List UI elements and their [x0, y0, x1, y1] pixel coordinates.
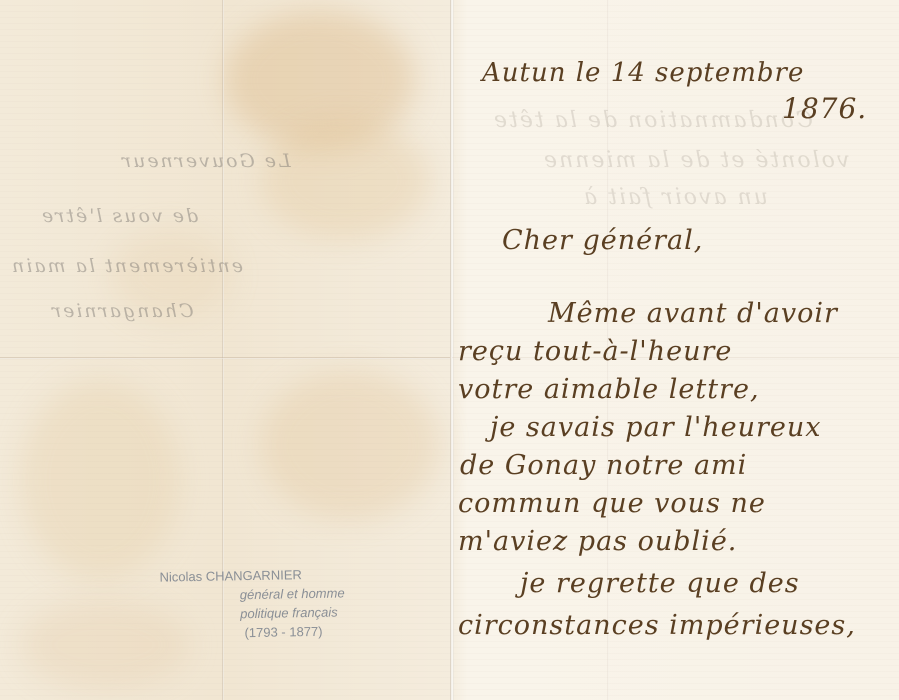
letter-line: circonstances impérieuses, — [458, 610, 856, 641]
stain — [20, 380, 180, 580]
horizontal-fold — [0, 357, 450, 359]
letter-line: commun que vous ne — [458, 488, 766, 519]
letter-line: je savais par l'heureux — [490, 412, 822, 443]
pencil-annotation: Nicolas CHANGARNIER général et homme pol… — [159, 564, 345, 643]
salutation: Cher général, — [502, 225, 703, 256]
letter-date: Autun le 14 septembre — [482, 58, 804, 88]
bleed-through-line: entièrement la main — [10, 255, 243, 277]
stain — [260, 370, 440, 520]
bleed-through-line: un avoir fait à — [582, 185, 768, 210]
stain — [260, 120, 430, 240]
stain — [225, 10, 415, 150]
right-page: Condamnation de la tête volonté et de la… — [452, 0, 899, 700]
annotation-dates: (1793 - 1877) — [160, 621, 345, 643]
letter-line: m'aviez pas oublié. — [458, 526, 737, 557]
letter-line: reçu tout-à-l'heure — [458, 336, 732, 367]
bleed-through-line: Le Gouverneur — [120, 150, 291, 172]
letter-line: de Gonay notre ami — [460, 450, 747, 481]
letter-line: Même avant d'avoir — [548, 298, 838, 329]
bleed-through-line: Changarnier — [50, 300, 194, 322]
letter-line: votre aimable lettre, — [458, 374, 760, 405]
letter-scan: Le Gouverneur de vous l'être entièrement… — [0, 0, 899, 700]
letter-line: je regrette que des — [520, 568, 800, 599]
bleed-through-line: volonté et de la mienne — [542, 148, 849, 173]
left-page: Le Gouverneur de vous l'être entièrement… — [0, 0, 452, 700]
letter-year: 1876. — [782, 92, 867, 125]
bleed-through-line: de vous l'être — [40, 205, 198, 227]
bleed-through-line: Condamnation de la tête — [492, 108, 813, 133]
